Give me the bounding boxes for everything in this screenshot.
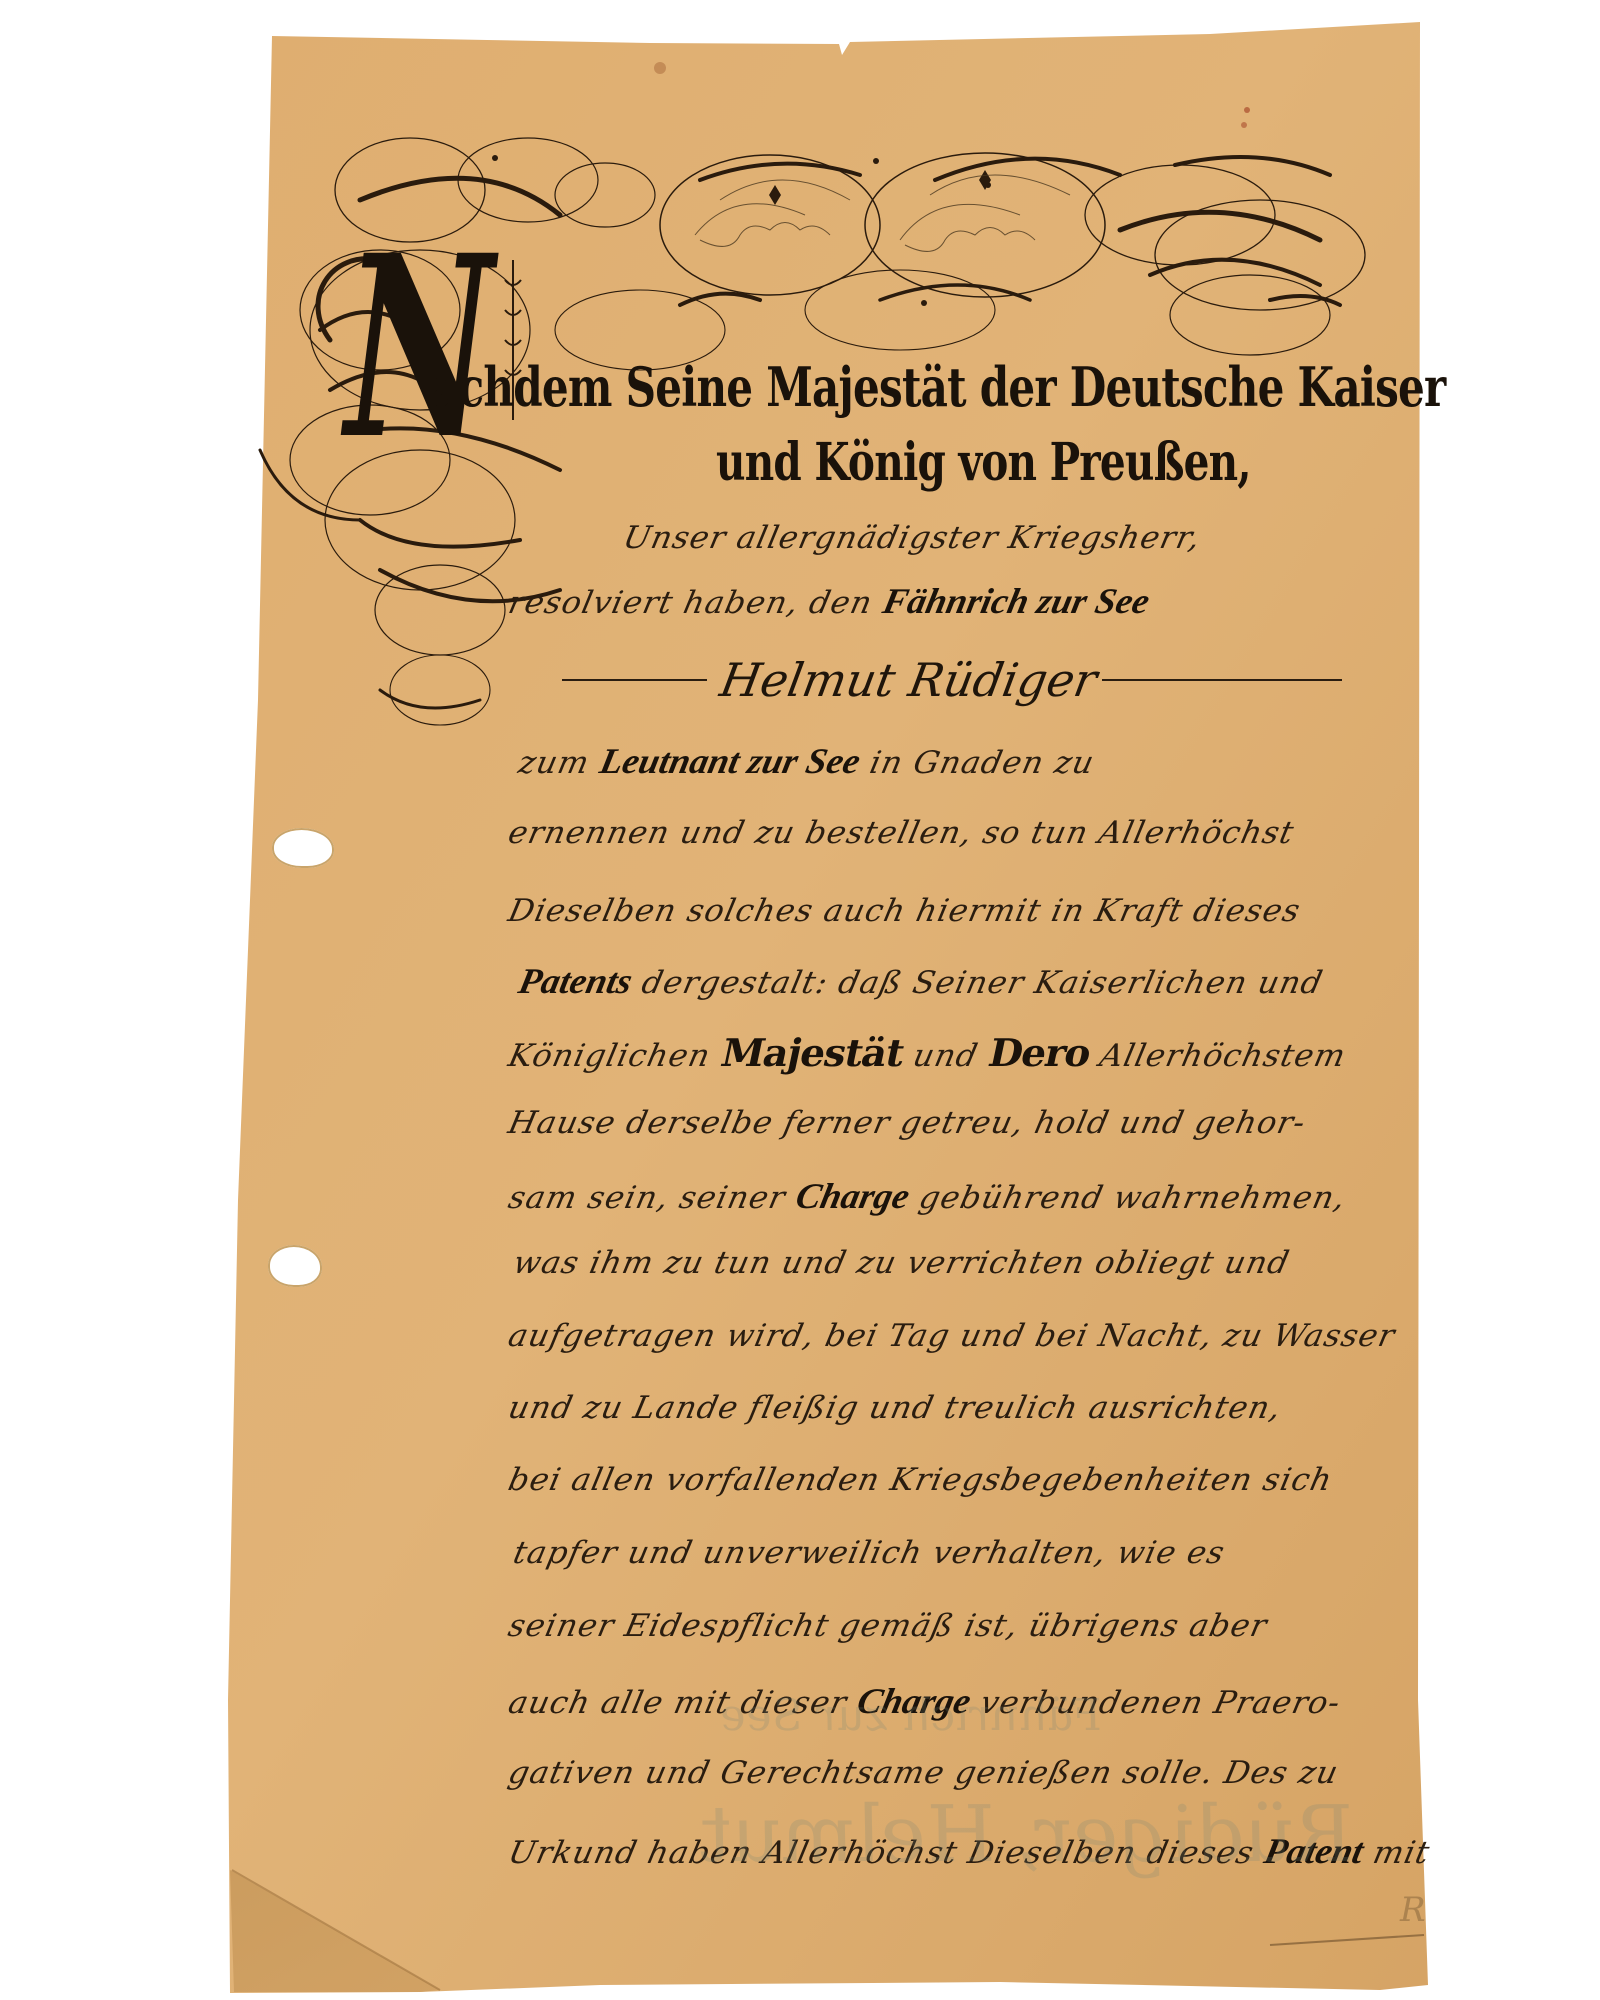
line-text: gativen und Gerechtsame genießen solle. … xyxy=(505,1755,1342,1791)
line-text: gebührend wahrnehmen, xyxy=(905,1180,1350,1216)
heading-line-1: achdem Seine Majestät der Deutsche Kaise… xyxy=(432,355,1445,419)
bleed-through-text-1: Fähnrich zur See xyxy=(716,1690,1106,1741)
corner-pencil-mark: R xyxy=(1400,1890,1426,1930)
heading-line-2: und König von Preußen, xyxy=(716,432,1251,493)
body-line-12: und zu Lande fleißig und treulich ausric… xyxy=(505,1390,1285,1426)
body-line-3: zum Leutnant zur See in Gnaden zu xyxy=(515,740,1099,782)
line-text: was ihm zu tun und zu verrichten obliegt… xyxy=(510,1245,1293,1281)
emphasized-word: Patents xyxy=(515,961,636,1001)
body-line-15: seiner Eidespflicht gemäß ist, übrigens … xyxy=(505,1608,1271,1644)
recipient-name-line: Helmut Rüdiger xyxy=(562,650,1342,710)
line-text: sam sein, seiner xyxy=(505,1180,800,1216)
body-line-2: resolviert haben, den Fähnrich zur See xyxy=(505,580,1153,622)
line-text: tapfer und unverweilich verhalten, wie e… xyxy=(510,1535,1228,1571)
line-text: resolviert haben, den xyxy=(505,585,887,621)
emphasized-word: Leutnant zur See xyxy=(596,741,864,781)
decorated-initial-letter: N xyxy=(345,222,494,472)
body-line-9: sam sein, seiner Charge gebührend wahrne… xyxy=(505,1175,1350,1217)
body-line-8: Hause derselbe ferner getreu, hold und g… xyxy=(505,1105,1309,1141)
line-text: Hause derselbe ferner getreu, hold und g… xyxy=(505,1105,1309,1141)
line-text: seiner Eidespflicht gemäß ist, übrigens … xyxy=(505,1608,1271,1644)
body-line-1: Unser allergnädigster Kriegsherr, xyxy=(620,520,1204,556)
body-line-6: Patents dergestalt: daß Seiner Kaiserlic… xyxy=(515,960,1327,1002)
bleed-through-text-2: Rüdiger, Helmut xyxy=(692,1790,1361,1880)
body-line-5: Dieselben solches auch hiermit in Kraft … xyxy=(505,893,1304,929)
body-line-14: tapfer und unverweilich verhalten, wie e… xyxy=(510,1535,1228,1571)
line-text: aufgetragen wird, bei Tag und bei Nacht,… xyxy=(505,1318,1399,1354)
emphasized-word: Dero xyxy=(985,1030,1095,1075)
emphasized-word: Charge xyxy=(792,1176,913,1216)
punch-hole-upper xyxy=(272,828,334,868)
line-text: mit xyxy=(1359,1835,1434,1871)
emphasized-word: Majestät xyxy=(717,1030,908,1075)
line-text: und zu Lande fleißig und treulich ausric… xyxy=(505,1390,1285,1426)
line-text: zum xyxy=(515,745,604,781)
line-text: bei allen vorfallenden Kriegsbegebenheit… xyxy=(505,1462,1336,1498)
body-line-7: Königlichen Majestät und Dero Allerhöchs… xyxy=(505,1030,1351,1075)
line-text: dergestalt: daß Seiner Kaiserlichen und xyxy=(627,965,1326,1001)
body-line-11: aufgetragen wird, bei Tag und bei Nacht,… xyxy=(505,1318,1399,1354)
punch-hole-lower xyxy=(268,1245,322,1287)
body-line-10: was ihm zu tun und zu verrichten obliegt… xyxy=(510,1245,1293,1281)
name-rule-left xyxy=(562,679,707,681)
name-rule-right xyxy=(1102,679,1342,681)
line-text: und xyxy=(899,1038,993,1074)
body-line-17: gativen und Gerechtsame genießen solle. … xyxy=(505,1755,1342,1791)
line-text: Königlichen xyxy=(505,1038,725,1074)
line-text: in Gnaden zu xyxy=(856,745,1098,781)
body-line-4: ernennen und zu bestellen, so tun Allerh… xyxy=(505,815,1298,851)
document-sheet: N achdem Seine Majestät der Deutsche Kai… xyxy=(0,0,1600,2000)
line-text: Allerhöchstem xyxy=(1085,1038,1349,1074)
recipient-name: Helmut Rüdiger xyxy=(716,653,1101,707)
line-text: ernennen und zu bestellen, so tun Allerh… xyxy=(505,815,1298,851)
body-line-13: bei allen vorfallenden Kriegsbegebenheit… xyxy=(505,1462,1336,1498)
line-text: Unser allergnädigster Kriegsherr, xyxy=(620,520,1204,556)
emphasized-word: Fähnrich zur See xyxy=(879,581,1153,621)
line-text: Dieselben solches auch hiermit in Kraft … xyxy=(505,893,1304,929)
